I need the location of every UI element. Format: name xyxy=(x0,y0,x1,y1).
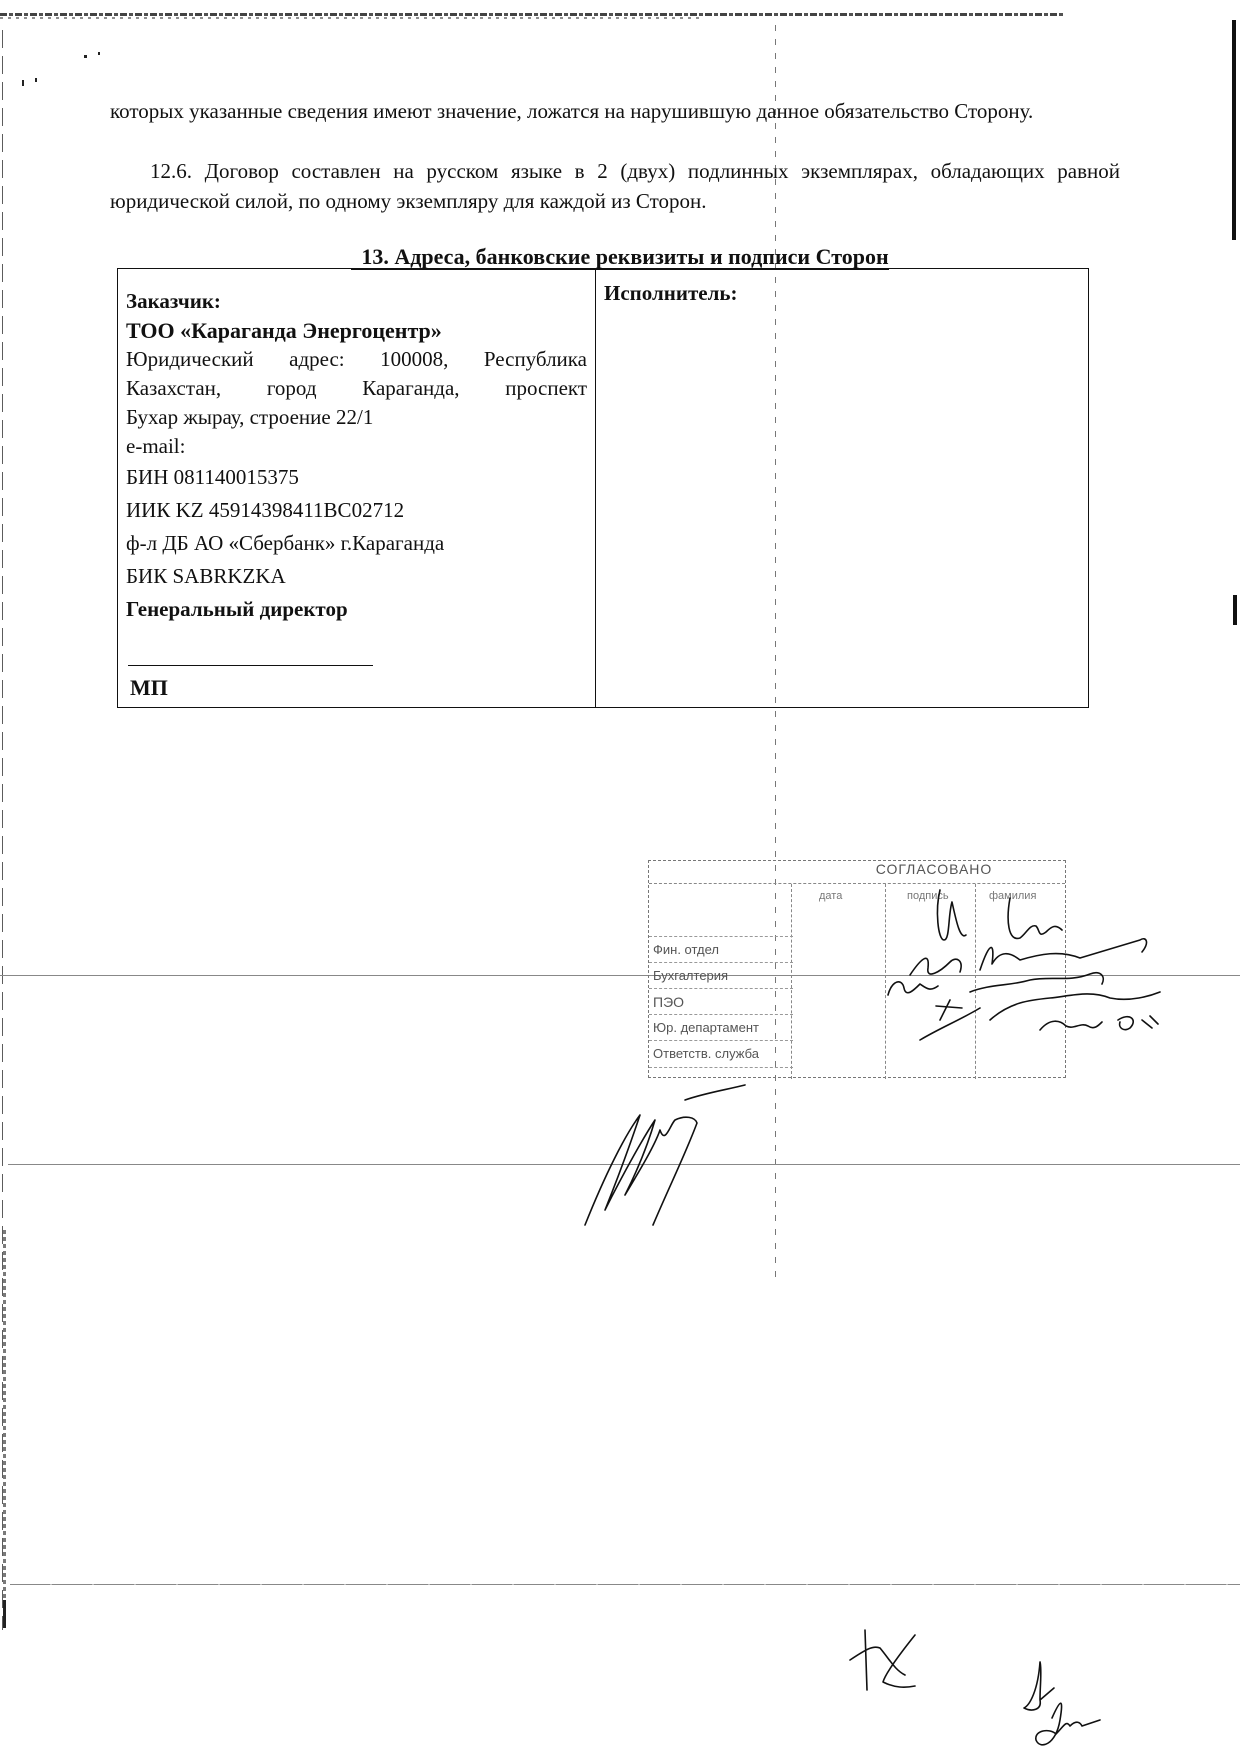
stamp-title: СОГЛАСОВАНО xyxy=(809,861,1059,877)
scan-right-edge-mark xyxy=(1233,595,1237,625)
customer-bin: БИН 081140015375 xyxy=(126,463,587,492)
customer-name: ТОО «Караганда Энергоцентр» xyxy=(126,316,587,345)
customer-role: Заказчик: xyxy=(126,287,587,316)
seal-placeholder: МП xyxy=(130,673,168,702)
customer-iik: ИИК KZ 45914398411BC02712 xyxy=(126,496,587,525)
paragraph-12-6: 12.6. Договор составлен на русском языке… xyxy=(110,156,1120,216)
scan-right-edge-mark xyxy=(1232,20,1236,240)
scan-speck xyxy=(22,80,24,86)
scan-left-mark xyxy=(3,1600,6,1628)
section-title: 13. Адреса, банковские реквизиты и подпи… xyxy=(0,244,1240,270)
initials-signature xyxy=(845,1620,925,1690)
scan-speck xyxy=(98,52,100,55)
signature-line xyxy=(128,665,373,666)
customer-position: Генеральный директор xyxy=(126,595,587,624)
stamp-row-responsible: Ответств. служба xyxy=(649,1040,793,1068)
stamp-row-finance: Фин. отдел xyxy=(649,936,793,963)
stamp-row-legal: Юр. департамент xyxy=(649,1014,793,1041)
stamp-row-peo: ПЭО xyxy=(649,988,793,1015)
initials-signature xyxy=(1020,1660,1130,1755)
customer-address-line3: Бухар жырау, строение 22/1 xyxy=(126,403,587,432)
customer-email: e-mail: xyxy=(126,432,587,461)
customer-address-line1: Юридический адрес: 100008, Республика xyxy=(126,345,587,374)
customer-bank: ф-л ДБ АО «Сбербанк» г.Караганда xyxy=(126,529,587,558)
contractor-role: Исполнитель: xyxy=(604,279,1080,308)
customer-address-line2: Казахстан, город Караганда, проспект xyxy=(126,374,587,403)
clause-number: 12.6. xyxy=(150,159,192,183)
paragraph-continuation: которых указанные сведения имеют значени… xyxy=(110,96,1120,126)
stamp-signatures xyxy=(880,880,1180,1050)
requisites-table: Заказчик: ТОО «Караганда Энергоцентр» Юр… xyxy=(117,268,1089,708)
customer-bik: БИК SABRKZKA xyxy=(126,562,587,591)
scan-speck xyxy=(84,55,87,58)
customer-column: Заказчик: ТОО «Караганда Энергоцентр» Юр… xyxy=(118,269,596,707)
scan-left-mark xyxy=(3,1230,6,1610)
scan-speck xyxy=(35,78,37,82)
stamp-row-accounting: Бухгалтерия xyxy=(649,962,793,989)
director-signature xyxy=(575,1075,725,1235)
stamp-column-date: дата xyxy=(819,890,842,902)
contractor-column: Исполнитель: xyxy=(596,269,1088,707)
scan-edge-artifact xyxy=(0,13,1065,16)
scan-edge-artifact xyxy=(0,17,700,19)
scan-line xyxy=(10,1584,1240,1585)
